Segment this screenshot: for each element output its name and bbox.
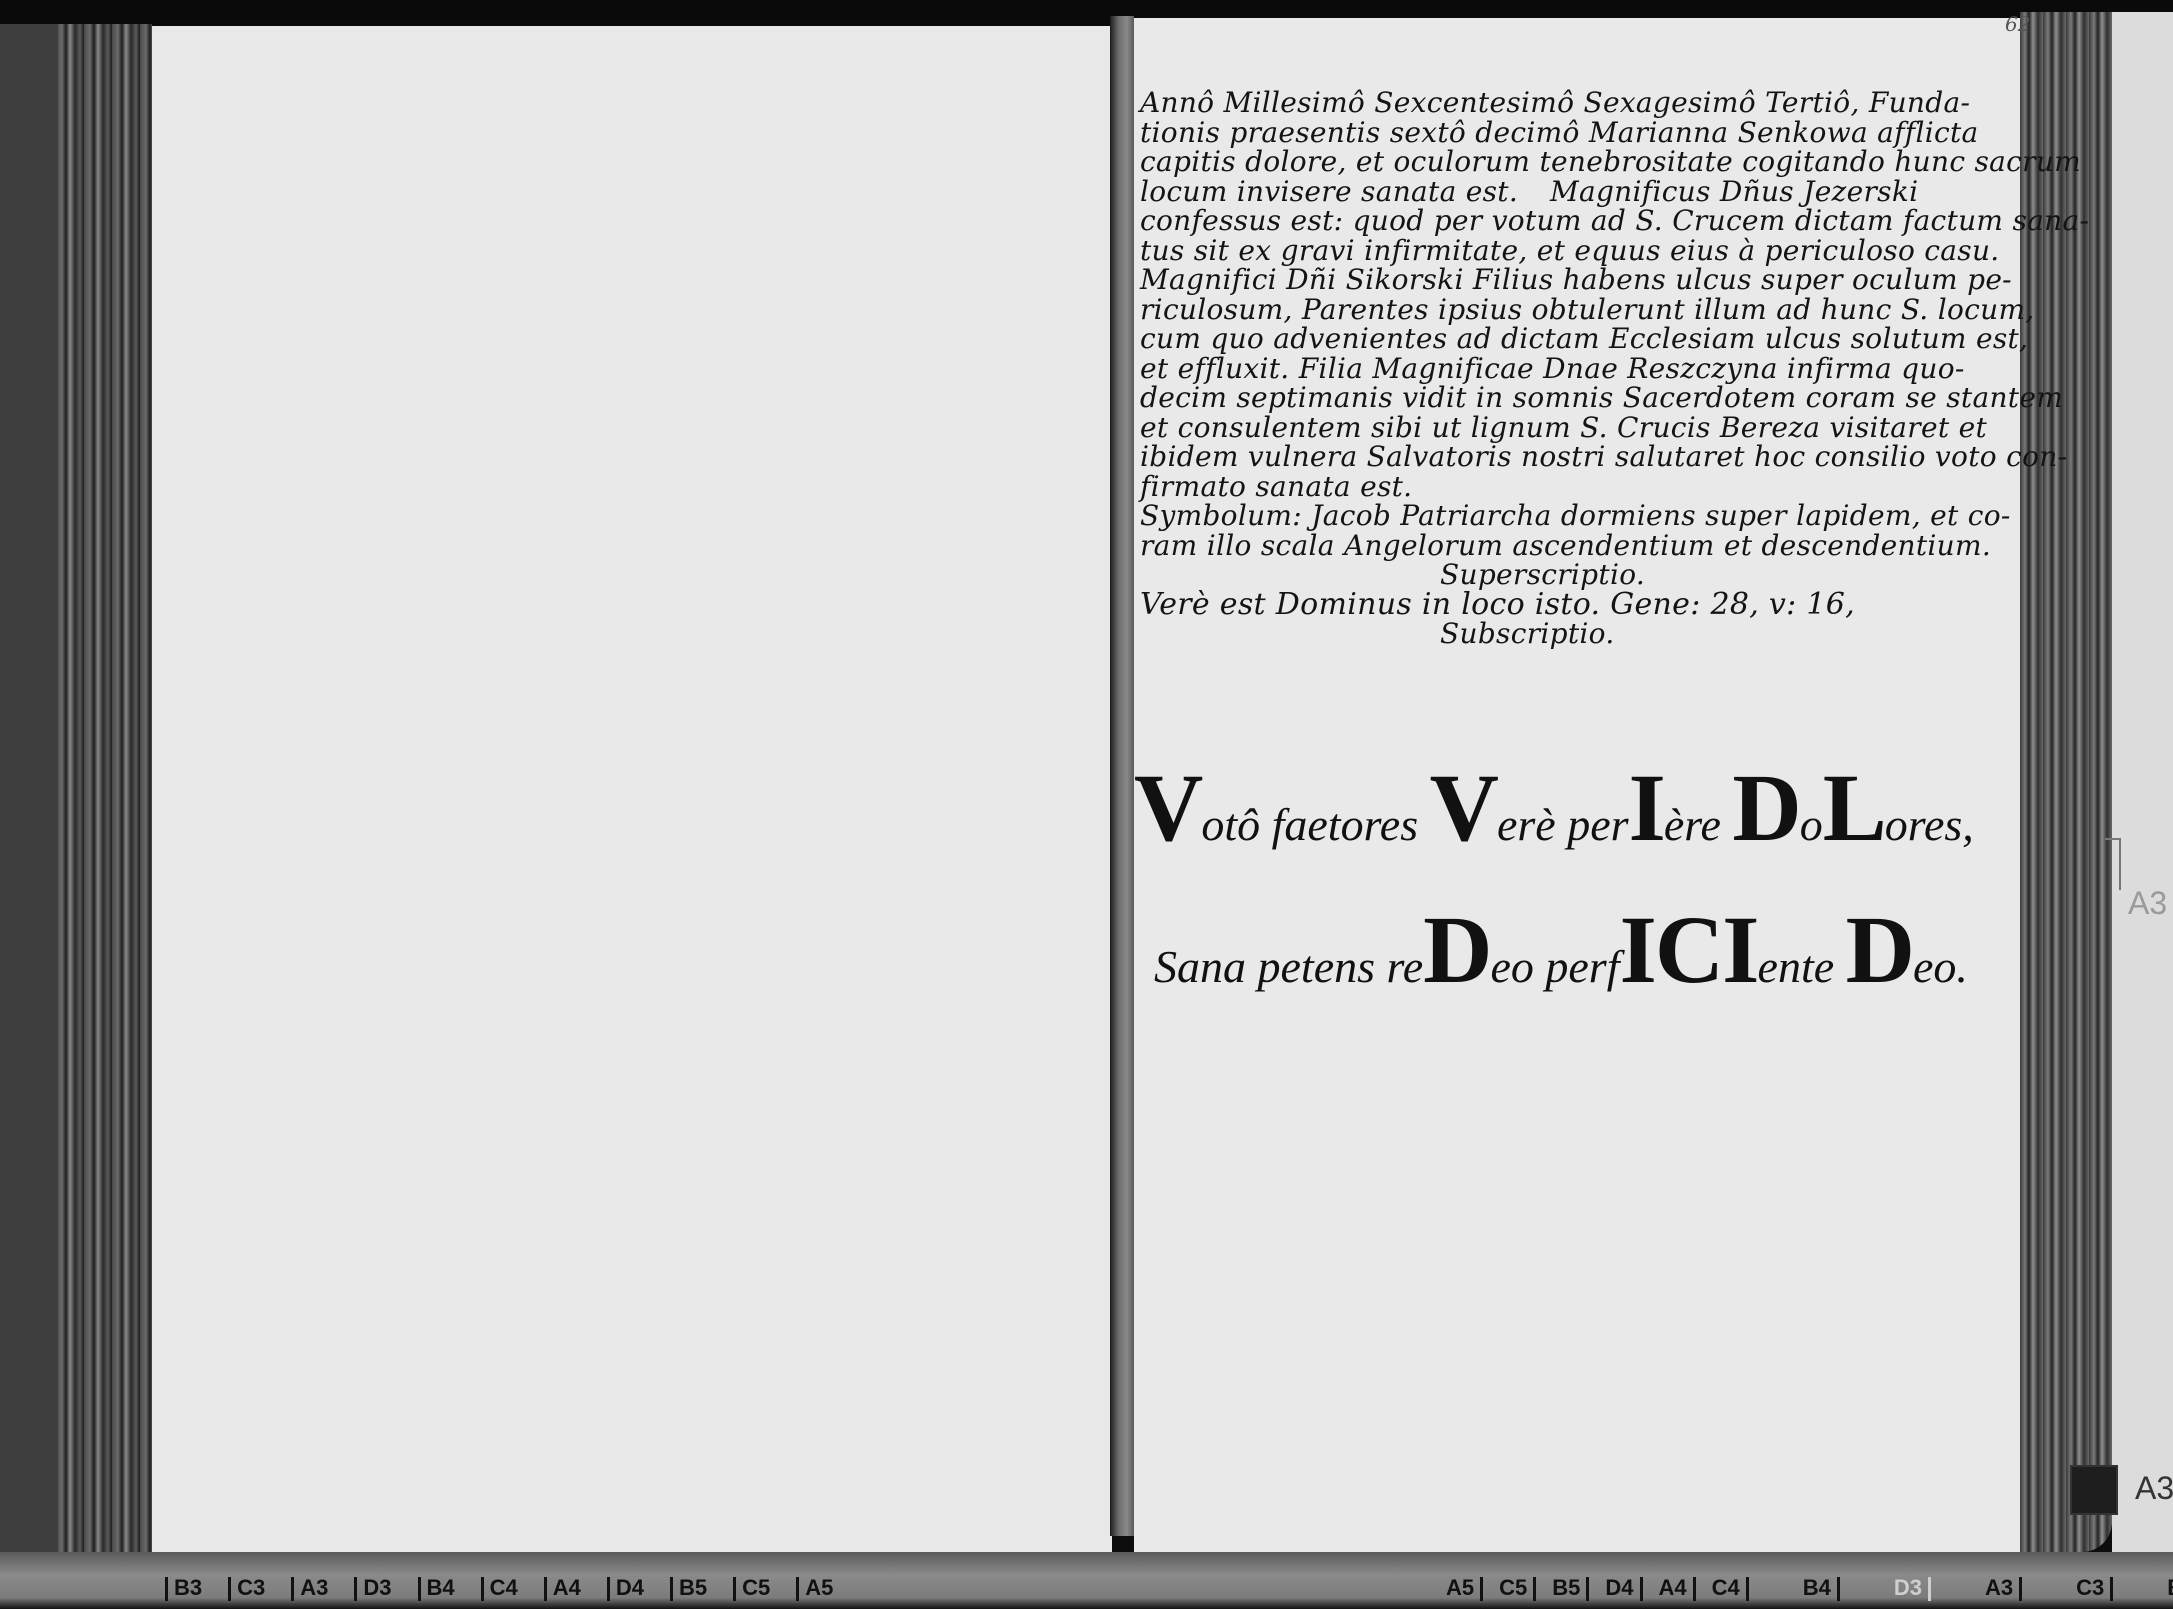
bible-quote: Verè est Dominus in loco isto. Gene: 28,… <box>1140 590 2000 620</box>
chronogram-letter: ICI <box>1619 896 1757 1003</box>
chronogram-text: faetores <box>1272 799 1430 850</box>
chronogram-letter: D <box>1846 896 1913 1003</box>
edge-code: B5 <box>670 1577 713 1601</box>
stamp-mark-icon <box>2070 1465 2118 1515</box>
chronogram-text: ente <box>1758 941 1846 992</box>
chronogram-text: per <box>1567 799 1628 850</box>
edge-code: B3 <box>165 1577 208 1601</box>
edge-code: B4 <box>1797 1577 1840 1601</box>
chronogram-text: erè <box>1497 799 1567 850</box>
edge-code: C5 <box>733 1577 776 1601</box>
text-line: confessus est: quod per votum ad S. Cruc… <box>1140 206 2000 236</box>
text-line: cum quo advenientes ad dictam Ecclesiam … <box>1140 324 2000 354</box>
manuscript-text: Annô Millesimô Sexcentesimô Sexagesimô T… <box>1140 88 2000 649</box>
edge-code: A5 <box>796 1577 839 1601</box>
edge-code: C4 <box>1706 1577 1749 1601</box>
chronogram-letter: D <box>1732 754 1799 861</box>
text-line: firmato sanata est. <box>1140 472 2000 502</box>
text-line: Symbolum: Jacob Patriarcha dormiens supe… <box>1140 501 2000 531</box>
chronogram-letter: D <box>1423 896 1490 1003</box>
edge-code: C5 <box>1493 1577 1536 1601</box>
chronogram-line-2: Sana petens reDeo perfICIente Deo. <box>1130 902 2000 998</box>
film-edge-labels-left: B3 C3 A3 D3 B4 C4 A4 D4 B5 C5 A5 <box>165 1577 859 1601</box>
chronogram-letter: V <box>1430 754 1497 861</box>
right-page-stack-edge <box>2020 12 2112 1552</box>
chronogram-text: Sana petens re <box>1154 941 1423 992</box>
chronogram-letter: V <box>1134 754 1201 861</box>
edge-code: A4 <box>1653 1577 1696 1601</box>
subscriptio-heading: Subscriptio. <box>1140 619 2000 649</box>
edge-code: A4 <box>544 1577 587 1601</box>
text-line: Magnifici Dñi Sikorski Filius habens ulc… <box>1140 265 2000 295</box>
edge-code: D3 <box>1888 1577 1931 1601</box>
page-number: 62 <box>2005 12 2030 36</box>
edge-code: A5 <box>1440 1577 1483 1601</box>
edge-code: C4 <box>481 1577 524 1601</box>
text-line: riculosum, Parentes ipsius obtulerunt il… <box>1140 295 2000 325</box>
text-line: ram illo scala Angelorum ascendentium et… <box>1140 531 2000 561</box>
chronogram-line-1: Votô faetores Verè perIère DoLores, <box>1130 760 2000 856</box>
bracket-mark-icon <box>2105 838 2121 890</box>
text-line: tionis praesentis sextô decimô Marianna … <box>1140 118 2000 148</box>
edge-code: C3 <box>228 1577 271 1601</box>
edge-label-upper: A3 <box>2128 885 2167 922</box>
edge-code: D4 <box>1599 1577 1642 1601</box>
left-page-stack-edge <box>0 24 152 1554</box>
chronogram-text: ores, <box>1885 799 1974 850</box>
text-line: decim septimanis vidit in somnis Sacerdo… <box>1140 383 2000 413</box>
superscriptio-heading: Superscriptio. <box>1140 560 2000 590</box>
text-line: ibidem vulnera Salvatoris nostri salutar… <box>1140 442 2000 472</box>
edge-code: C3 <box>2070 1577 2113 1601</box>
edge-code: B4 <box>418 1577 461 1601</box>
chronogram-text: otô <box>1201 799 1271 850</box>
chronogram-letter: L <box>1823 754 1885 861</box>
edge-label-lower: A3 <box>2135 1470 2173 1507</box>
chronogram-text: eo. <box>1913 941 1968 992</box>
microfilm-scan: 62 A3 A3 Annô Millesimô Sexcentesimô Sex… <box>0 0 2173 1609</box>
edge-code: A3 <box>291 1577 334 1601</box>
text-line: et consulentem sibi ut lignum S. Crucis … <box>1140 413 2000 443</box>
edge-code: D4 <box>607 1577 650 1601</box>
text-line: capitis dolore, et oculorum tenebrositat… <box>1140 147 2000 177</box>
chronogram-letter: I <box>1629 754 1664 861</box>
edge-code: B5 <box>1546 1577 1589 1601</box>
film-edge-labels-right: A5 C5 B5 D4 A4 C4 B4 D3 A3 C3 B3 D2 A2 <box>1440 1577 2173 1601</box>
chronogram-text: ère <box>1664 799 1733 850</box>
edge-code: A3 <box>1979 1577 2022 1601</box>
chronogram-text: o <box>1800 799 1823 850</box>
text-line: Annô Millesimô Sexcentesimô Sexagesimô T… <box>1140 88 2000 118</box>
edge-code: D3 <box>354 1577 397 1601</box>
text-line: et effluxit. Filia Magnificae Dnae Reszc… <box>1140 354 2000 384</box>
film-right-margin <box>2112 12 2173 1552</box>
text-line: tus sit ex gravi infirmitate, et equus e… <box>1140 236 2000 266</box>
left-page-blank <box>152 26 1112 1554</box>
chronogram-verse: Votô faetores Verè perIère DoLores, Sana… <box>1130 760 2000 998</box>
chronogram-text: eo perf <box>1490 941 1619 992</box>
edge-code: B3 <box>2161 1577 2173 1601</box>
